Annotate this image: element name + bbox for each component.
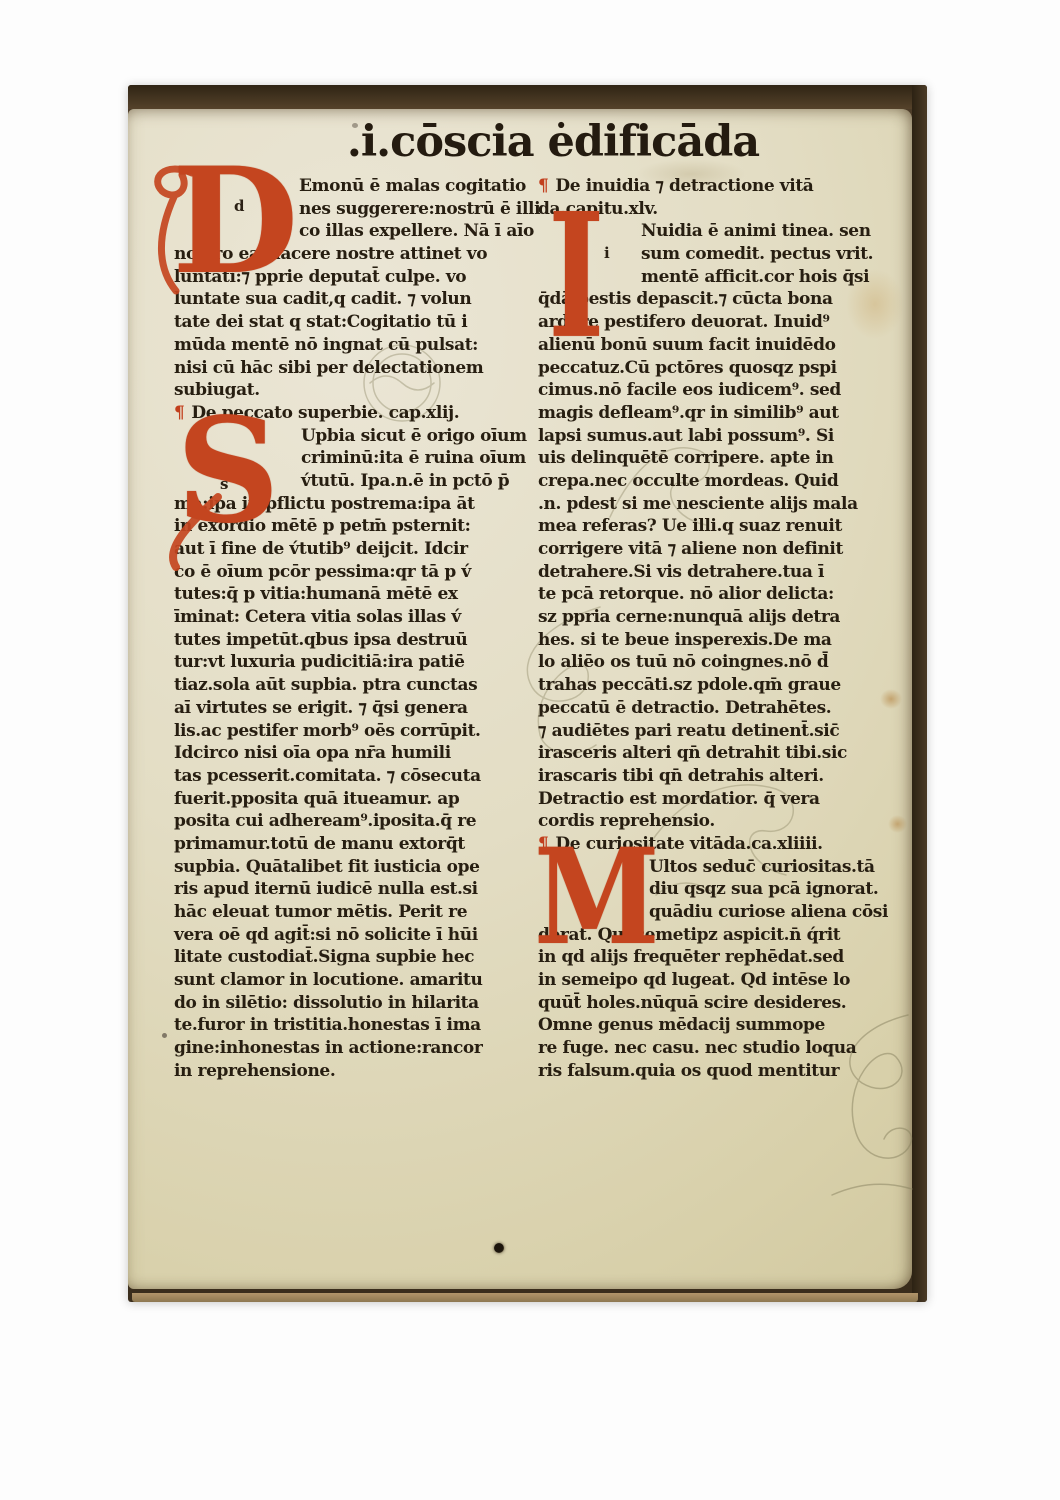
book-edge-bottom bbox=[132, 1293, 918, 1302]
text-line: īminat: Cetera vitia solas illas v́ bbox=[174, 606, 530, 629]
running-title: .i.cōscia ėdificāda bbox=[328, 119, 778, 166]
book-photo: .i.cōscia ėdificāda D d Emonū ē malas co… bbox=[128, 85, 927, 1302]
text-line: irasceris alteri qn̄ detrahit tibi.sic bbox=[538, 742, 894, 765]
guide-letter: d bbox=[234, 197, 245, 215]
text-line: trahas peccāti.sz pdole.qm̄ graue bbox=[538, 674, 894, 697]
text-line: peccatū ē detractio. Detrahētes. bbox=[538, 697, 894, 720]
guide-letter: s bbox=[220, 475, 228, 493]
text-line: supbia. Quātalibet fit iusticia ope bbox=[174, 856, 530, 879]
text-line: nisi cū hāc sibi per delectationem bbox=[174, 357, 530, 380]
text-line: mea referas? Ue illi.q suaz renuit bbox=[538, 515, 894, 538]
text-line: irascaris tibi qn̄ detrahis alteri. bbox=[538, 765, 894, 788]
text-line: litate custodiat̄.Signa supbie hec bbox=[174, 946, 530, 969]
guide-letter: i bbox=[604, 244, 610, 262]
wormhole bbox=[494, 1243, 504, 1253]
text-line: tate dei stat q stat:Cogitatio tū i bbox=[174, 311, 530, 334]
text-line: mūda mentē nō ingnat cū pulsat: bbox=[174, 334, 530, 357]
text-column-right: ¶De inuidia ⁊ detractione vitā da.capitu… bbox=[538, 175, 894, 1083]
text-line: crepa.nec occulte mordeas. Quid bbox=[538, 470, 894, 493]
text-line: gine:inhonestas in actione:rancor bbox=[174, 1037, 530, 1060]
text-line: Omne genus mēdacij summope bbox=[538, 1014, 894, 1037]
text-line: lis.ac pestifer morb⁹ oēs corrūpit. bbox=[174, 720, 530, 743]
text-line: quūt̄ holes.nūquā scire desideres. bbox=[538, 992, 894, 1015]
text-line: sunt clamor in locutione. amaritu bbox=[174, 969, 530, 992]
book-edge-top bbox=[128, 85, 927, 109]
text-line: in reprehensione. bbox=[174, 1060, 530, 1083]
text-block: D d Emonū ē malas cogitationes suggerere… bbox=[174, 175, 894, 1083]
text-line: tas pcesserit.comitata. ⁊ cōsecuta bbox=[174, 765, 530, 788]
text-line: ⁊ audiētes pari reatu detinent̄.sic̄ bbox=[538, 720, 894, 743]
text-line: cimus.nō facile eos iudicem⁹. sed bbox=[538, 379, 894, 402]
text-line: lo aliēo os tuū nō coingnes.nō d̄ bbox=[538, 651, 894, 674]
rubric-initial-D: D d bbox=[174, 175, 299, 243]
section-superbia: S s Upbia sicut ē origo oīumcriminū:ita … bbox=[174, 425, 530, 1083]
text-line: vera oē qd agit̄:si nō solicite ī hūi bbox=[174, 924, 530, 947]
text-line: lapsi sumus.aut labi possum⁹. Si bbox=[538, 425, 894, 448]
text-line: posita cui adheream⁹.iposita.q̄ re bbox=[174, 810, 530, 833]
text-line: tiaz.sola aūt supbia. ptra cunctas bbox=[174, 674, 530, 697]
text-line: detrahere.Si vis detrahere.tua ī bbox=[538, 561, 894, 584]
text-line: ris falsum.quia os quod mentitur bbox=[538, 1060, 894, 1083]
text-column-left: D d Emonū ē malas cogitationes suggerere… bbox=[174, 175, 530, 1083]
text-line: corrigere vitā ⁊ aliene non definit bbox=[538, 538, 894, 561]
text-line: te pcā retorque. nō alior delicta: bbox=[538, 583, 894, 606]
text-line: primamur.totū de manu extorq̄t bbox=[174, 833, 530, 856]
text-line: Detractio est mordatior. q̄ vera bbox=[538, 788, 894, 811]
text-line: Idcirco nisi oīa opa nr̄a humili bbox=[174, 742, 530, 765]
pilcrow-mark: ¶ bbox=[538, 176, 548, 196]
text-line: tutes impetūt.qbus ipsa destruū bbox=[174, 629, 530, 652]
text-line: hes. si te beue insperexis.De ma bbox=[538, 629, 894, 652]
ink-speck bbox=[162, 1033, 167, 1038]
scan-background: .i.cōscia ėdificāda D d Emonū ē malas co… bbox=[0, 0, 1060, 1500]
text-line: do in silētio: dissolutio in hilarita bbox=[174, 992, 530, 1015]
text-line: aī virtutes se erigit. ⁊ q̄si genera bbox=[174, 697, 530, 720]
text-line: tutes:q̄ p vitia:humanā mētē ex bbox=[174, 583, 530, 606]
rubric-initial-I: I i bbox=[538, 220, 641, 288]
rubric-initial-M: M bbox=[538, 856, 649, 924]
rubric-initial-S: S s bbox=[174, 425, 301, 493]
text-line: magis defleam⁹.qr in similib⁹ aut bbox=[538, 402, 894, 425]
text-line: uis delinquētē corripere. apte in bbox=[538, 447, 894, 470]
text-line: .n. pdest si me nesciente alijs mala bbox=[538, 493, 894, 516]
section-demonum: D d Emonū ē malas cogitationes suggerere… bbox=[174, 175, 530, 402]
text-line: ris apud iternū iudicē nulla est.si bbox=[174, 878, 530, 901]
text-line: re fuge. nec casu. nec studio loqua bbox=[538, 1037, 894, 1060]
section-invidia: I i Nuidia ē animi tinea. sensum comedit… bbox=[538, 220, 894, 833]
text-line: sz ppria cerne:nunquā alijs detra bbox=[538, 606, 894, 629]
book-page: .i.cōscia ėdificāda D d Emonū ē malas co… bbox=[128, 109, 912, 1289]
text-line: tur:vt luxuria pudicitiā:ira patiē bbox=[174, 651, 530, 674]
text-line: hāc eleuat tumor mētis. Perit re bbox=[174, 901, 530, 924]
text-line: te.furor in tristitia.honestas ī ima bbox=[174, 1014, 530, 1037]
text-line: fuerit.pposita quā itueamur. ap bbox=[174, 788, 530, 811]
section-curiositas: M Ultos seduc̄ curiositas.tādiu qsqz sua… bbox=[538, 856, 894, 1083]
